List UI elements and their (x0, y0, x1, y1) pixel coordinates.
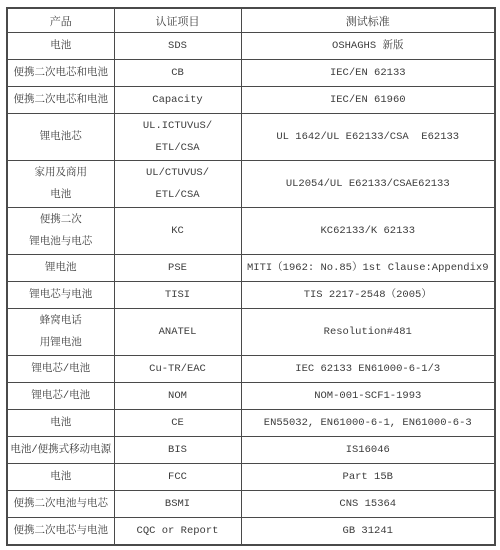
cert-item-cell: NOM (114, 383, 241, 410)
table-row: 便携二次电池与电芯 BSMI CNS 15364 (7, 491, 495, 518)
table-row: 锂电池 PSE MITI（1962: No.85）1st Clause:Appe… (7, 255, 495, 282)
test-standard-cell: Resolution#481 (241, 309, 495, 356)
test-standard-cell: MITI（1962: No.85）1st Clause:Appendix9 (241, 255, 495, 282)
certification-table-grid: 产品 认证项目 测试标准 电池 SDS OSHAGHS 新版 便携二次电芯和电池… (6, 7, 496, 546)
product-cell: 电池 (7, 464, 114, 491)
table-row: 电池 SDS OSHAGHS 新版 (7, 33, 495, 60)
table-row: 锂电芯/电池 Cu-TR/EAC IEC 62133 EN61000-6-1/3 (7, 356, 495, 383)
cert-item-cell: BIS (114, 437, 241, 464)
cert-item-cell: CB (114, 60, 241, 87)
table-row: 便携二次电芯和电池 CB IEC/EN 62133 (7, 60, 495, 87)
test-standard-cell: NOM-001-SCF1-1993 (241, 383, 495, 410)
cert-item-cell: KC (114, 208, 241, 255)
table-row: 电池 CE EN55032, EN61000-6-1, EN61000-6-3 (7, 410, 495, 437)
header-test-standard: 测试标准 (241, 8, 495, 33)
cert-item-cell: FCC (114, 464, 241, 491)
product-cell: 便携二次电池与电芯 (7, 491, 114, 518)
table-row: 锂电芯与电池 TISI TIS 2217-2548（2005） (7, 282, 495, 309)
table-body: 电池 SDS OSHAGHS 新版 便携二次电芯和电池 CB IEC/EN 62… (7, 33, 495, 546)
test-standard-cell: Part 15B (241, 464, 495, 491)
product-cell: 便携二次电芯与电池 (7, 518, 114, 546)
cert-item-cell: Cu-TR/EAC (114, 356, 241, 383)
product-cell: 锂电芯与电池 (7, 282, 114, 309)
test-standard-cell: EN55032, EN61000-6-1, EN61000-6-3 (241, 410, 495, 437)
cert-item-cell: CQC or Report (114, 518, 241, 546)
test-standard-cell: UL2054/UL E62133/CSAE62133 (241, 161, 495, 208)
table-row: 便携二次 锂电池与电芯 KC KC62133/K 62133 (7, 208, 495, 255)
table-row: 蜂窝电话 用锂电池 ANATEL Resolution#481 (7, 309, 495, 356)
product-cell: 家用及商用 电池 (7, 161, 114, 208)
cert-item-cell: BSMI (114, 491, 241, 518)
header-row: 产品 认证项目 测试标准 (7, 8, 495, 33)
cert-item-cell: TISI (114, 282, 241, 309)
test-standard-cell: IS16046 (241, 437, 495, 464)
product-cell: 锂电芯/电池 (7, 356, 114, 383)
cert-item-cell: SDS (114, 33, 241, 60)
table-row: 锂电池芯 UL.ICTUVuS/ ETL/CSA UL 1642/UL E621… (7, 114, 495, 161)
product-cell: 电池/便携式移动电源 (7, 437, 114, 464)
product-cell: 电池 (7, 33, 114, 60)
product-cell: 便携二次电芯和电池 (7, 60, 114, 87)
product-cell: 锂电芯/电池 (7, 383, 114, 410)
table-row: 锂电芯/电池 NOM NOM-001-SCF1-1993 (7, 383, 495, 410)
table-row: 便携二次电芯与电池 CQC or Report GB 31241 (7, 518, 495, 546)
header-cert-item: 认证项目 (114, 8, 241, 33)
certification-table: 产品 认证项目 测试标准 电池 SDS OSHAGHS 新版 便携二次电芯和电池… (6, 7, 496, 546)
test-standard-cell: TIS 2217-2548（2005） (241, 282, 495, 309)
cert-item-cell: UL.ICTUVuS/ ETL/CSA (114, 114, 241, 161)
test-standard-cell: IEC 62133 EN61000-6-1/3 (241, 356, 495, 383)
cert-item-cell: UL/CTUVUS/ ETL/CSA (114, 161, 241, 208)
table-row: 便携二次电芯和电池 Capacity IEC/EN 61960 (7, 87, 495, 114)
test-standard-cell: GB 31241 (241, 518, 495, 546)
cert-item-cell: CE (114, 410, 241, 437)
cert-item-cell: Capacity (114, 87, 241, 114)
product-cell: 锂电池 (7, 255, 114, 282)
test-standard-cell: OSHAGHS 新版 (241, 33, 495, 60)
product-cell: 便携二次电芯和电池 (7, 87, 114, 114)
test-standard-cell: IEC/EN 62133 (241, 60, 495, 87)
test-standard-cell: IEC/EN 61960 (241, 87, 495, 114)
test-standard-cell: UL 1642/UL E62133/CSA E62133 (241, 114, 495, 161)
test-standard-cell: KC62133/K 62133 (241, 208, 495, 255)
product-cell: 电池 (7, 410, 114, 437)
table-row: 电池 FCC Part 15B (7, 464, 495, 491)
header-product: 产品 (7, 8, 114, 33)
cert-item-cell: ANATEL (114, 309, 241, 356)
table-row: 电池/便携式移动电源 BIS IS16046 (7, 437, 495, 464)
cert-item-cell: PSE (114, 255, 241, 282)
table-row: 家用及商用 电池 UL/CTUVUS/ ETL/CSA UL2054/UL E6… (7, 161, 495, 208)
product-cell: 便携二次 锂电池与电芯 (7, 208, 114, 255)
test-standard-cell: CNS 15364 (241, 491, 495, 518)
product-cell: 锂电池芯 (7, 114, 114, 161)
product-cell: 蜂窝电话 用锂电池 (7, 309, 114, 356)
